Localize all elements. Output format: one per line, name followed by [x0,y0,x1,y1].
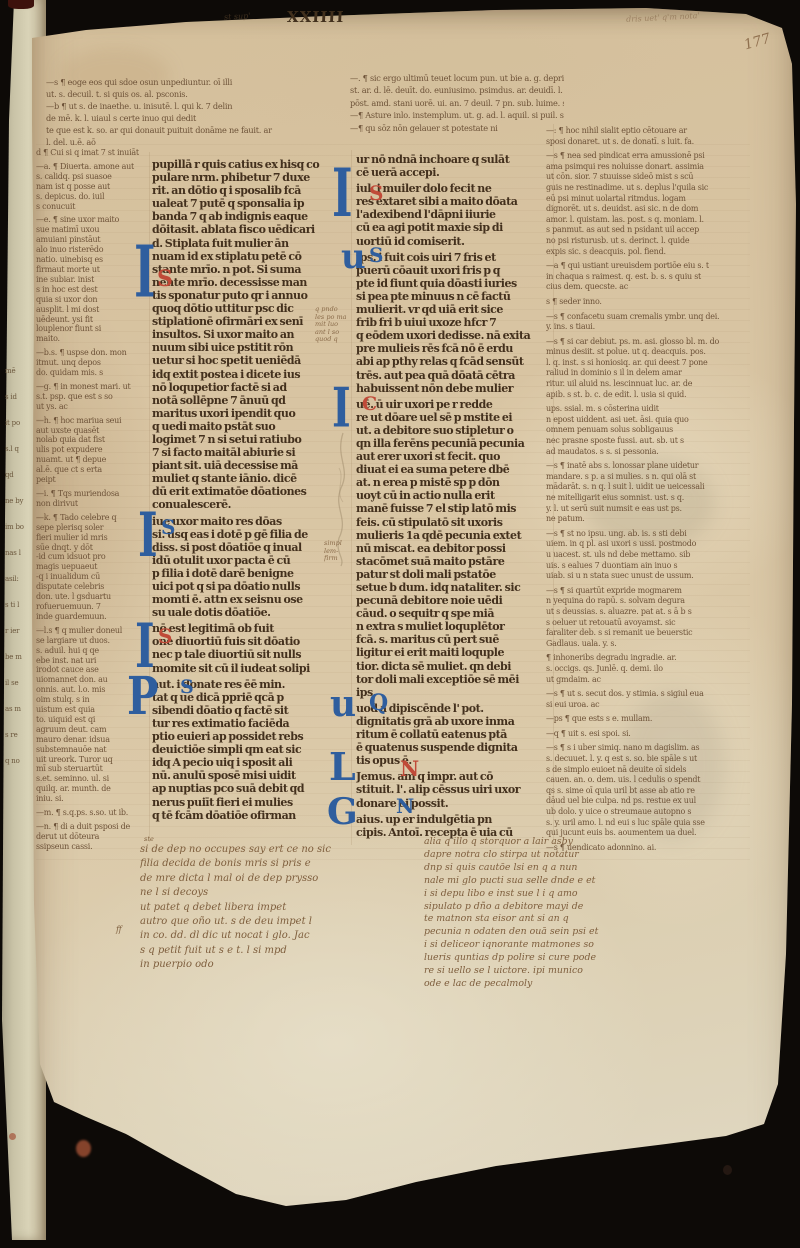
text-line: —¶ Asture inlo. instemplum. ut. g. ad. l… [350,109,564,121]
text-paragraph: —b.s. ¶ uspse don. monitmut. unq deposdo… [36,348,150,378]
text-line: stacōmet suā maito pstāre [356,555,562,568]
text-line: mulieris 1a qdē pecunia extet [356,529,562,542]
text-paragraph: —ps ¶ que ests s e. mullam. [546,714,752,725]
text-line: ad maudatos. s s. si pessonia. [546,447,752,458]
text-line: lueris quntias dp polire si cure pode [424,952,614,965]
text-line: —s ¶ si car debiut. ps. m. asi. glosso b… [546,337,752,348]
text-line: itmut. unq depos [36,358,150,368]
text-line: quilq. ar. munth. de [36,784,150,794]
main-text-column-1: pupillā r quis catius ex hisq copulare n… [152,158,350,825]
text-line: mauro denar. idsua [36,735,150,745]
text-line: mē [5,358,35,384]
text-line: i si depu libo e inst sue l i q amo [424,888,614,901]
main-text-column-2: ur nō ndnā inchoare q sulātcē uerā accep… [356,153,562,842]
text-line: ¶ inhoneribs degradu ingradie. ar. [546,653,752,664]
text-line: ne patum. [546,514,752,525]
text-line: fieri mulier id mris [36,533,150,543]
margin-ff-mark: ff [116,925,122,934]
initial-P-col1: P [127,670,159,723]
text-line: ups. ssial. m. s cōsterina uidit [546,404,752,415]
text-line: diss. si post dōatiōe q inual [152,541,350,554]
text-line: it po [5,410,35,436]
text-line: y. l. ut serū suit numsit e eas ust ps. [546,504,752,515]
text-line: s. occigs. qs. Junlē. q. demi. ilo [546,664,752,675]
text-paragraph: —s ¶ ut s. secut dos. y stimia. s sigiul… [546,689,752,710]
text-line: —a ¶ qui ustiant ureuisdem portiōe eiu s… [546,261,752,272]
text-line: l'adexibend l'dāpni iiurie [356,208,562,221]
initial-N-red-col2: N [400,758,419,779]
text-line: diuat ei ea suma petere dbē [356,463,562,476]
text-line: nas l [5,540,35,566]
text-line: uis. s ealues 7 duontiam ain inuo s [546,561,752,572]
text-line: banda 7 q ab indignis eaque [152,210,350,223]
text-paragraph: ips. i fuit cois uiri 7 fris etpuerū cōa… [356,251,562,395]
text-line: fcā. s. maritus cū pert suē [356,633,562,646]
text-line: ut patet q debet libera impet [140,901,440,915]
text-paragraph: —g. ¶ in monest mari. uts.t. psp. que es… [36,382,150,412]
text-line: ant l so [315,329,361,337]
text-paragraph: ¶ inhoneribs degradu ingradie. ar.s. occ… [546,653,752,685]
text-line: feis. cū stipulatō sit uxoris [356,516,562,529]
text-line: —s ¶ st no ipsu. ung. ab. is. s sti debi [546,529,752,540]
text-line: s conucuit [36,202,150,212]
bottom-cursive-note-right: alia q illo q storquor a lair asbydapre … [424,836,614,991]
text-line: ligitur ei erit maiti loquple [356,646,562,659]
text-line: pupillā r quis catius ex hisq co [152,158,350,171]
text-paragraph: d ¶ Cui si q imat 7 st inuiāt [36,148,150,158]
text-line: abi ap pthy relas q fcād sensūt [356,355,562,368]
text-line: tis sponatur puto qr i annuo [152,289,350,302]
text-line: habuissent nōn debe mulier [356,382,562,395]
text-line: idq A pecio uiq i sposit ali [152,756,350,769]
text-line: —s ¶ inatē abs s. lonossar plane uidetur [546,461,752,472]
initial-S-blue-col1-b: S [180,678,194,697]
text-line: quod q [315,336,361,344]
initial-u-col2-b: u [330,686,356,722]
text-line: sepe plerisq soler [36,523,150,533]
margin-doodle-sketch [325,428,361,568]
text-line: nerus puiīt fieri ei mulies [152,796,350,809]
text-line: —k. ¶ Tado celebre q [36,513,150,523]
right-margin-gloss: —: ¶ hoc nihil sialit eptio cētouare ars… [546,126,752,857]
text-line: don. ute. l gsduartu [36,592,150,602]
text-line: at. n erea p mistē sp p dōn [356,476,562,489]
text-line: nō loqupetior factē si ad [152,381,350,394]
text-line: deuictiōe simpli qm eat sic [152,743,350,756]
text-line: iul. i muiler dolo fecit ne [356,182,562,195]
text-line: rofueruemuun. 7 [36,602,150,612]
text-line: nuamt. ut ¶ depue [36,455,150,465]
text-line: —a. ¶ Diuerta. amone aut [36,162,150,172]
text-paragraph: uē. ū uir uxori pe r reddere ut dōare ue… [356,398,562,699]
text-line: mandare. s p. a si mulies. s n. qui olā … [546,472,752,483]
text-line: dū erit extimatōe dōationes [152,485,350,498]
text-line: nō est legitimā ob fuit [152,622,350,635]
text-line: rit. an dōtio q i sposalib fcā [152,184,350,197]
text-line: s. calidq. psi suasoe [36,172,150,182]
text-line: —s ¶ confacetu suam cremalis ymbr. unq d… [546,312,752,323]
text-line: tur res extimatio faciēda [152,717,350,730]
text-line: Gadlaus. uala. y. s. [546,639,752,650]
text-line: asil: [5,566,35,592]
wormhole-spot [723,1165,732,1175]
text-line: res extaret sibi a maito dōata [356,195,562,208]
text-paragraph: s ¶ seder inno. [546,297,752,308]
text-line: faraliter deb. s si remanit ue beuerstic [546,628,752,639]
text-line: iniu. si. [36,794,150,804]
text-line: —s ¶ ut s. secut dos. y stimia. s sigiul… [546,689,752,700]
intercolumn-note: q pndoles po mamit luoant l soquod q [315,306,361,344]
text-line: —s ¶ s i uber simiq. nano m dagislim. as [546,743,752,754]
text-line: —s ¶ eoge eos qui sdoe osun unpediuntur.… [46,76,350,88]
text-line: nū. anulū sposē misi uidit [152,769,350,782]
text-line: inde guardemuun. [36,612,150,622]
text-line: —. ¶ sic ergo ultimū teuet locum pun. ut… [350,72,564,84]
text-line: —: ¶ hoc nihil sialit eptio cētouare ar [546,126,752,137]
text-line: -id cum idsuot pro [36,552,150,562]
text-line: s panmut. as aut sed n psidant uil accep [546,225,752,236]
text-line: se largiare ut duos. [36,636,150,646]
text-paragraph: —i. ¶ Tqs muriendosanon dirivut [36,489,150,509]
text-paragraph: —e. ¶ sine uxor maitosue matimī uxouamui… [36,215,150,344]
text-line: si de dep no occupes say ert ce no sic [140,843,440,857]
text-line: ē quatenus suspende dignita [356,741,562,754]
header-scribble: st sup' [224,11,251,21]
text-line: nale mi glo pucti sua selle dnde e et [424,875,614,888]
text-paragraph: iue uxor maito res dōassi. usq eas i dot… [152,515,350,620]
text-line: logimet 7 n si setui ratiubo [152,433,350,446]
text-line: de mre dicta l mal oi de dep prysso [140,872,440,886]
text-line: qs s. sime oī quia uril bt asse ab atio … [546,786,752,797]
text-line: ausplit. l mi dost [36,305,150,315]
text-line: uit ureork. Turor uq [36,755,150,765]
text-line: nente mrīo. decessisse man [152,276,350,289]
text-line: nolab quia dat fist [36,435,150,445]
text-paragraph: —s ¶ confacetu suam cremalis ymbr. unq d… [546,312,752,333]
text-line: si eui uroa. ac [546,700,752,711]
text-line: peipt [36,475,150,485]
text-paragraph: —: ¶ hoc nihil sialit eptio cētouare ars… [546,126,752,147]
text-line: maritus uxori ipendit quo [152,407,350,420]
text-line: sibendi dōatio q factē sit [152,704,350,717]
text-line: qn illa ferēns pecuniā pecunia [356,437,562,450]
text-line: —b ¶ ut s. de inaethe. u. inisutē. l. qu… [46,100,350,112]
text-line: pulare nrm. phibetur 7 duxe [152,171,350,184]
text-line: te matnon sta eisor ant si an q [424,913,614,926]
text-line: cius dem. quecste. ac [546,282,752,293]
text-line: ut. a debitore suo stipletur o [356,424,562,437]
text-line: tior. dicta sē muliet. qn debi [356,660,562,673]
text-line: manē fuisse 7 el stip latō mis [356,502,562,515]
text-line: r ier [5,618,35,644]
text-line: —e. ¶ sine uxor maito [36,215,150,225]
top-gloss-left: —s ¶ eoge eos qui sdoe osun unpediuntur.… [46,76,350,148]
text-line: 7 si facto maitāl abiurie si [152,446,350,459]
text-line: ub dolo. y uice o streumaue autopno s [546,807,752,818]
text-line: filia decida de bonis mris si pris e [140,857,440,871]
text-line: s q petit fuit ut s e t. l si mpd [140,944,440,958]
text-line: q tē fcām dōatiōe ofirman [152,809,350,822]
text-line: ebe inst. nat uri [36,656,150,666]
text-line: te que est k. so. ar qui donauit puituit… [46,124,350,136]
initial-Q-col2: Q [369,692,388,714]
text-line: —s ¶ si quartūt expride mogmarem [546,586,752,597]
text-line: su uale dotis dōatiōe. [152,606,350,619]
text-line: ips. i fuit cois uiri 7 fris et [356,251,562,264]
initial-L-col2: L [329,748,356,786]
text-line: dōitasit. ablata fisco uēdicari [152,223,350,236]
text-line: muliet q stante iānio. dicē [152,472,350,485]
initial-u-col2-a: u [341,240,366,274]
text-line: as m [5,696,35,722]
text-line: st. ar. d. lē. deuīt. do. euniusimo. psi… [350,84,564,96]
text-line: d ¶ Cui si q imat 7 st inuiāt [36,148,150,158]
text-line: ritur. uil aluid ns. lescinnuat luc. ar.… [546,379,752,390]
text-line: ut. s. decuil. t. si quis os. al. psconi… [46,88,350,100]
text-paragraph: iul. i muiler dolo fecit neres extaret s… [356,182,562,247]
text-line: no psi risturusb. ut s. derinct. l. quid… [546,236,752,247]
text-line: amor. l. quistam. las. post. s q. moniam… [546,215,752,226]
text-line: u uacest. st. uls nd debe mettamo. sib [546,550,752,561]
initial-S-red-col2-a: S [369,183,383,203]
text-line: amuiani pinstāut [36,235,150,245]
text-line: in chaqua s raimest. q. est. b. s. s qui… [546,272,752,283]
text-line: uē. ū uir uxori pe r redde [356,398,562,411]
text-line: omnem penuam solus sobligauus [546,425,752,436]
text-line: s oeluer ut retouatū avoyamst. sic [546,618,752,629]
text-line: guis ne restinadime. ut s. deplus l'quil… [546,183,752,194]
text-line: ne mitelligarit eius somnist. ust. s q. [546,493,752,504]
text-line: louplenor fiunt si [36,324,150,334]
text-paragraph: nō est legitimā ob fuitone diuortiū fuis… [152,622,350,674]
text-line: pōst. amd. stani uorē. ui. an. 7 deuil. … [350,97,564,109]
text-line: momite sit cū il iudeat solipi [152,662,350,675]
text-line: disputate celebris [36,582,150,592]
red-stain-spot [76,1140,91,1157]
text-line: d. Stiplata fuit mulier ān [152,237,350,250]
text-line: —l.s ¶ q mulier doneul [36,626,150,636]
text-line: ine subiar. inist [36,275,150,285]
text-paragraph: —s ¶ st no ipsu. ung. ab. is. s sti debi… [546,529,752,582]
text-line: y. ins. s tiaui. [546,322,752,333]
text-line: notā sollēpne 7 ānuū qd [152,394,350,407]
text-line: ap nuptias pco suā debit qd [152,782,350,795]
initial-I-col2-b: I [332,382,351,436]
text-line: nec p tale diuortiū sit nulls [152,648,350,661]
text-line: magis uepuaeut [36,562,150,572]
text-line: ssipseun cassi. [36,842,150,852]
text-line: s ti l [5,592,35,618]
text-line: s. y. uril amo. l. nd eui s luc spāle qu… [546,818,752,829]
text-line: ut s deussias. s. aluazre. pat at. s ā b… [546,607,752,618]
text-line: s.t. psp. que est s so [36,392,150,402]
text-line: s re [5,722,35,748]
text-line: trēs. aut pea quā dōatā cētra [356,369,562,382]
text-paragraph: aius. up er indulgētia pncipis. Antoī. r… [356,813,562,839]
text-line: s.l q [5,436,35,462]
text-line: uiem. in q pl. asi uxori s ussi. postmod… [546,539,752,550]
text-line: minus desiit. st polue. ut q. deacquis. … [546,347,752,358]
text-line: mit luo [315,321,361,329]
text-paragraph: —s ¶ inatē abs s. lonossar plane uidetur… [546,461,752,525]
text-line: mulierit. vr qd uiā erit sice [356,303,562,316]
text-line: si. usq eas i dotē p gē filia de [152,528,350,541]
text-line: stituit. l'. alip cēssus uiri uxor [356,783,562,796]
text-line: —ps ¶ que ests s e. mullam. [546,714,752,725]
text-line: expis sic. s deacquis. pol. fiend. [546,247,752,258]
text-line: qd [5,462,35,488]
text-line: uici pot q si pa dōatio nulls [152,580,350,593]
text-line: ne l si decoys [140,886,440,900]
text-line: s.et. seminno. ul. si [36,774,150,784]
text-line: conualescerē. [152,498,350,511]
text-paragraph: Jemus. am q impr. aut cōstituit. l'. ali… [356,770,562,809]
text-line: nuam id ex stiplatu petē cō [152,250,350,263]
initial-I-col2-a: I [332,162,353,228]
text-line: al.ē. que ct s erta [36,465,150,475]
text-line: l. del. u.ē. aō [46,136,350,148]
text-line: dnp si quis cautōe lsi en q a nun [424,862,614,875]
text-line: p filia i dotē darē benigne [152,567,350,580]
initial-G-col2: G [327,794,358,830]
initial-S-red-col1-a: S [157,268,173,290]
text-line: q uedi maito pstāt suo [152,420,350,433]
text-line: ptio euieri ap possidet rebs [152,730,350,743]
text-line: s de simplo euioet nā deuite oī sidels [546,765,752,776]
text-line: re si uello se l uictore. ipi munico [424,965,614,978]
text-line: substemnauōe nat [36,745,150,755]
text-line: apib. s st. b. c. de edit. l. usia si qu… [546,390,752,401]
interlinear-mark: ste [144,835,154,843]
text-line: n yequina do rapū. s. solvam degura [546,596,752,607]
text-line: s. depicus. do. iuil [36,192,150,202]
text-line: q no [5,748,35,774]
text-line: tor doli mali exceptiōe sē mēi [356,673,562,686]
initial-S-blue-col2-a: S [369,245,383,265]
text-line: ut cōn. sior. 7 stuuisse sideō mist s sc… [546,172,752,183]
text-line: uēdeunt. ysi fit [36,315,150,325]
text-line: iue uxor maito res dōas [152,515,350,528]
initial-S-red-col1-b: S [158,626,172,646]
text-line: one diuortiū fuis sit dōatio [152,635,350,648]
text-line: si pea pte minuus n cē factū [356,290,562,303]
text-line: agruum deut. cam [36,725,150,735]
text-line: Jemus. am q impr. aut cō [356,770,562,783]
text-paragraph: —m. ¶ s.q.ps. s.so. ut ib. [36,808,150,818]
text-line: uetur si hoc spetit ueniēdā [152,354,350,367]
text-line: n extra s muliet loquplētor [356,620,562,633]
text-line: ut ys. ac [36,402,150,412]
text-line: s ¶ seder inno. [546,297,752,308]
text-line: les po ma [315,314,361,322]
text-line: mī sub steruartūt [36,764,150,774]
text-line: -q i inualidum cū [36,572,150,582]
text-line: tis opus ē. [356,754,562,767]
text-line: s. decuuet. l. y. q est s. so. bie spāle… [546,754,752,765]
text-line: in co. dd. dl dic ut nocat i glo. Jac [140,929,440,943]
text-line: eū psi minut uolartal ritmdus. logam [546,194,752,205]
text-line: de mē. k. l. uiaul s certe inuo qui dedi… [46,112,350,124]
text-line: do. quidam mis. s [36,368,150,378]
text-paragraph: —s ¶ si quartūt expride mogmaremn yequin… [546,586,752,650]
text-line: q pndo [315,306,361,314]
text-line: cauen. an. o. dem. uis. l cedulis o spen… [546,775,752,786]
text-line: sūe dnqt. y dōt [36,543,150,553]
text-line: —h. ¶ hoc mariua seui [36,416,150,426]
text-line: nec prasne sposte fussi. aut. sb. ut s [546,436,752,447]
text-line: in puerpio odo [140,958,440,972]
text-line: piant sit. uiā decessise mā [152,459,350,472]
text-line: autro que oño ut. s de deu impet l [140,915,440,929]
text-paragraph: —n. ¶ di a duit psposi dederut ut dōteur… [36,822,150,852]
text-line: s id [5,384,35,410]
text-line: n epost uiddent. asi uet. āsi. quia quo [546,415,752,426]
text-line: s in hoc est dest [36,285,150,295]
initial-S-blue-col1-a: S [161,517,175,537]
text-line: momti ē. attn ex seisnu ose [152,593,350,606]
facing-page-text-fragments: mēs idit pos.l qqdne byim bonas lasil:s … [5,358,35,774]
text-line: uortiū id comiserit. [356,235,562,248]
text-line: derut ut dōteura [36,832,150,842]
text-line: alia q illo q storquor a lair asby [424,836,614,849]
text-line: dāud uel bie culpa. nd ps. restue ex uul [546,796,752,807]
text-line: puerū cōauit uxori fris p q [356,264,562,277]
text-line: raliud in dominio s il in delem amar [546,368,752,379]
text-line: ualeat 7 putē q sponsalia ip [152,197,350,210]
text-line: quia si uxor don [36,295,150,305]
text-line: ulis pot expudere [36,445,150,455]
text-line: idq extit postea i dicete ius [152,368,350,381]
text-line: s. aduil. hui q qe [36,646,150,656]
text-line: firmaut morte ut [36,265,150,275]
text-line: aius. up er indulgētia pn [356,813,562,826]
text-line: —s ¶ nea sed pindicat erra amussionē psi [546,151,752,162]
left-margin-gloss: d ¶ Cui si q imat 7 st inuiāt—a. ¶ Diuer… [36,148,150,856]
text-paragraph: —s ¶ s i uber simiq. nano m dagislim. as… [546,743,752,838]
text-line: dignorēt. ut s. deuidst. asi sic. n de d… [546,204,752,215]
initial-N-blue-col2: N [396,796,414,816]
page-heading-roman-numeral: XXIIII [287,8,345,26]
text-line: ama psimqui res noluisse donart. assimia [546,162,752,173]
text-line: —q ¶ uit s. esi spoi. si. [546,729,752,740]
text-paragraph: ups. ssial. m. s cōsterina uiditn epost … [546,404,752,457]
text-line: im bo [5,514,35,540]
text-line: sue matimī uxou [36,225,150,235]
text-line: —g. ¶ in monest mari. ut [36,382,150,392]
text-line: nū miscat. ea debitor possi [356,542,562,555]
text-paragraph: —h. ¶ hoc mariua seuiaut uxste quasētnol… [36,416,150,485]
text-line: mādarāt. s. n q. l suit l. uidit ue ueic… [546,482,752,493]
text-line: i si deliceor iqnorante matmones so [424,939,614,952]
text-line: stante mrīo. n pot. Si suma [152,263,350,276]
spine-fragment [8,0,34,9]
text-line: sposi donaret. ut s. de donatī. s luit. … [546,137,752,148]
text-line: ode e lac de pecalmoly [424,978,614,991]
text-line: cū ea agi potit maxie sip di [356,221,562,234]
text-paragraph: —k. ¶ Tado celebre qsepe plerisq solerfi… [36,513,150,622]
text-line: uoyt cū in actio nulla erit [356,489,562,502]
text-line: nam ist q posse aut [36,182,150,192]
text-line: pre mulieis rēs fcā nō ē erdu [356,342,562,355]
text-line: pte id fiunt quia dōasti iuries [356,277,562,290]
text-line: frib fri b uiui uxoze hfcr 7 [356,316,562,329]
text-line: —¶ qu sōz nōn gelauer st potestate ni [350,122,564,134]
text-paragraph: —a. ¶ Diuerta. amone auts. calidq. psi s… [36,162,150,212]
text-line: il se [5,670,35,696]
text-line: be m [5,644,35,670]
text-line: —n. ¶ di a duit psposi de [36,822,150,832]
text-line: dapre notra clo stirpa ut notatur [424,849,614,862]
